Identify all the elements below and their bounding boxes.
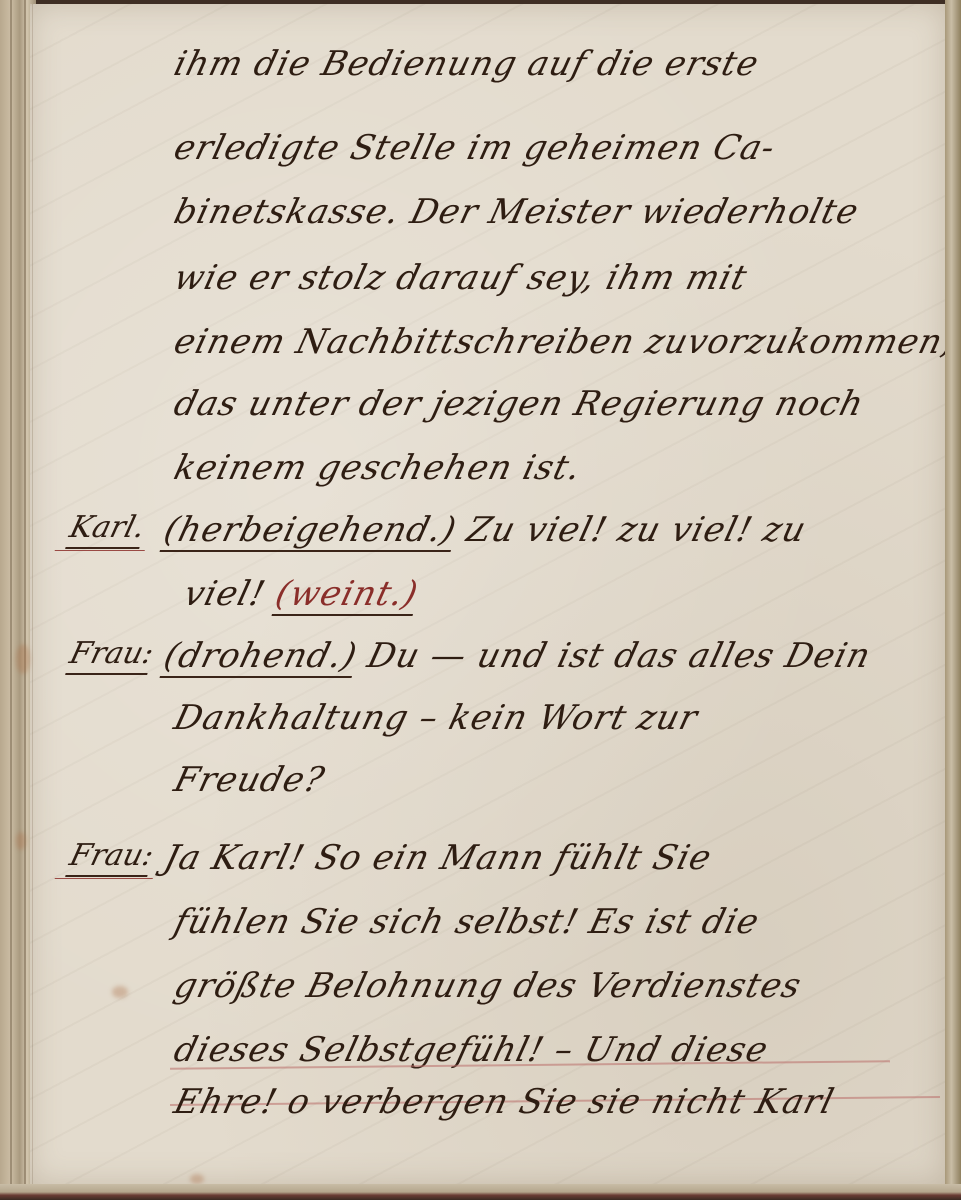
dialogue-line: (herbeigehend.) Zu viel! zu viel! zu bbox=[160, 510, 811, 550]
paper-stain bbox=[112, 986, 128, 998]
text-line: erledigte Stelle im geheimen Ca- bbox=[170, 128, 780, 168]
speaker-label-frau: Frau: bbox=[65, 838, 157, 877]
dialogue-line: Ehre! o verbergen Sie sie nicht Karl bbox=[170, 1082, 838, 1122]
dialogue-text: Du — und ist das alles Dein bbox=[363, 636, 875, 676]
manuscript-scan: ihm die Bedienung auf die erste erledigt… bbox=[0, 0, 961, 1200]
paper-stain bbox=[190, 1174, 204, 1184]
binding-edge-line bbox=[24, 0, 26, 1190]
dialogue-line: Ja Karl! So ein Mann fühlt Sie bbox=[160, 838, 716, 878]
text-line: keinem geschehen ist. bbox=[170, 448, 586, 488]
speaker-name: Karl. bbox=[66, 510, 149, 545]
text-line: einem Nachbittschreiben zuvorzukommen, bbox=[170, 322, 959, 362]
page-margin-line bbox=[32, 4, 33, 1184]
text-line: ihm die Bedienung auf die erste bbox=[170, 44, 763, 84]
speaker-name: Frau: bbox=[66, 838, 157, 873]
dialogue-line: fühlen Sie sich selbst! Es ist die bbox=[170, 902, 764, 942]
text-line: das unter der jezigen Regierung noch bbox=[170, 384, 868, 424]
page-edge-bottom bbox=[0, 1184, 961, 1200]
dialogue-line: viel! (weint.) bbox=[180, 574, 423, 614]
speaker-name: Frau: bbox=[66, 636, 157, 671]
binding-edge-line bbox=[10, 0, 12, 1190]
paper-stain bbox=[16, 644, 30, 674]
red-underline bbox=[55, 878, 154, 879]
dialogue-text: viel! bbox=[180, 574, 270, 614]
text-line: wie er stolz darauf sey, ihm mit bbox=[170, 258, 752, 298]
stage-direction: (weint.) bbox=[271, 574, 422, 616]
text-line: binetskasse. Der Meister wiederholte bbox=[170, 192, 863, 232]
dialogue-line: Freude? bbox=[170, 760, 329, 800]
dialogue-line: größte Belohnung des Verdienstes bbox=[170, 966, 806, 1006]
page-edge-right bbox=[945, 0, 961, 1200]
paper-stain bbox=[16, 832, 26, 850]
dialogue-text: Zu viel! zu viel! zu bbox=[463, 510, 811, 550]
speaker-label-karl: Karl. bbox=[65, 510, 149, 549]
red-underline bbox=[55, 550, 145, 551]
stage-direction: (drohend.) bbox=[160, 636, 362, 678]
dialogue-line: (drohend.) Du — und ist das alles Dein bbox=[160, 636, 875, 676]
stage-direction: (herbeigehend.) bbox=[160, 510, 461, 552]
dialogue-line: Dankhaltung – kein Wort zur bbox=[170, 698, 702, 738]
manuscript-page: ihm die Bedienung auf die erste erledigt… bbox=[30, 4, 945, 1186]
speaker-label-frau: Frau: bbox=[65, 636, 157, 675]
